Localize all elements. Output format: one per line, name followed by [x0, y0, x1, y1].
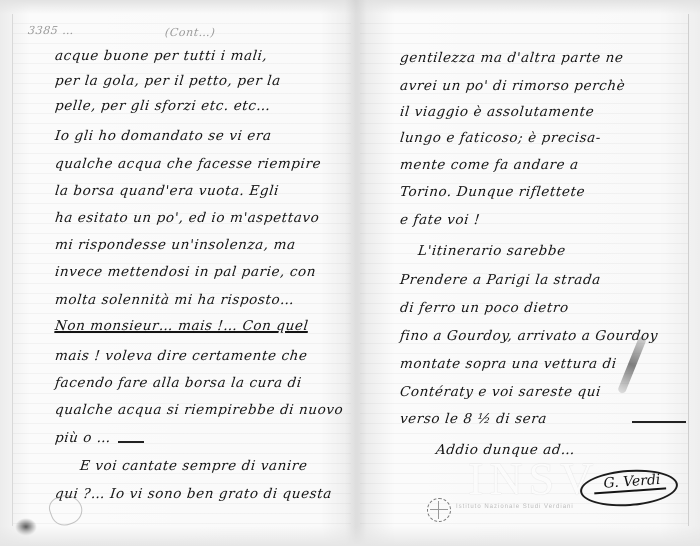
left-line-3: pelle, per gli sforzi etc. etc… [54, 98, 271, 114]
right-line-9: Prendere a Parigi la strada [399, 272, 602, 288]
archive-stamp-icon [427, 498, 451, 522]
faint-header-note: (Cont…) [164, 26, 216, 39]
right-line-15: Addio dunque ad… [435, 442, 576, 458]
line-end-dash [118, 441, 144, 443]
right-line-13: Contératy e voi sareste qui [399, 384, 602, 400]
archive-annotation: 3385 … [27, 24, 74, 37]
left-line-16: E voi cantate sempre di vanire [79, 458, 308, 474]
left-line-9: invece mettendosi in pal parie, con [54, 264, 317, 280]
left-line-5: qualche acqua che facesse riempire [54, 156, 322, 172]
right-line-8: L'itinerario sarebbe [417, 243, 566, 259]
right-line-11: fino a Gourdoy, arrivato a Gourdoy [399, 328, 659, 344]
left-line-17: qui ?… Io vi sono ben grato di questa [54, 486, 333, 502]
right-line-2: avrei un po' di rimorso perchè [399, 78, 626, 94]
left-line-6: la borsa quand'era vuota. Egli [54, 183, 280, 199]
right-line-4: lungo e faticoso; è precisa- [399, 130, 602, 146]
letter-scan: 3385 … (Cont…) acque buone per tutti i m… [0, 0, 700, 546]
line-end-dash [632, 421, 686, 423]
left-line-7: ha esitato un po', ed io m'aspettavo [54, 210, 320, 226]
left-line-4: Io gli ho domandato se vi era [54, 128, 272, 144]
right-line-7: e fate voi ! [399, 212, 481, 228]
scan-bottom-shade [0, 526, 700, 546]
right-line-14: verso le 8 ½ di sera [399, 411, 548, 427]
right-line-6: Torino. Dunque riflettete [399, 184, 586, 200]
page-fold [345, 0, 367, 546]
left-line-14: qualche acqua si riempirebbe di nuovo [54, 402, 344, 418]
left-line-11-underlined: Non monsieur… mais !… Con quel [54, 318, 309, 334]
left-line-1: acque buone per tutti i mali, [54, 48, 268, 64]
left-line-13: facendo fare alla borsa la cura di [54, 375, 302, 391]
right-line-10: di ferro un poco dietro [399, 300, 569, 316]
right-line-3: il viaggio è assolutamente [399, 104, 595, 120]
left-line-10: molta solennità mi ha risposto… [54, 292, 295, 308]
right-line-1: gentilezza ma d'altra parte ne [399, 50, 624, 66]
left-line-8: mi rispondesse un'insolenza, ma [54, 237, 296, 253]
right-line-5: mente come fa andare a [399, 157, 579, 173]
left-line-2: per la gola, per il petto, per la [54, 73, 281, 89]
right-line-12: montate sopra una vettura di [399, 356, 617, 372]
left-line-15: più o … [54, 430, 112, 446]
left-line-12: mais ! voleva dire certamente che [54, 348, 308, 364]
